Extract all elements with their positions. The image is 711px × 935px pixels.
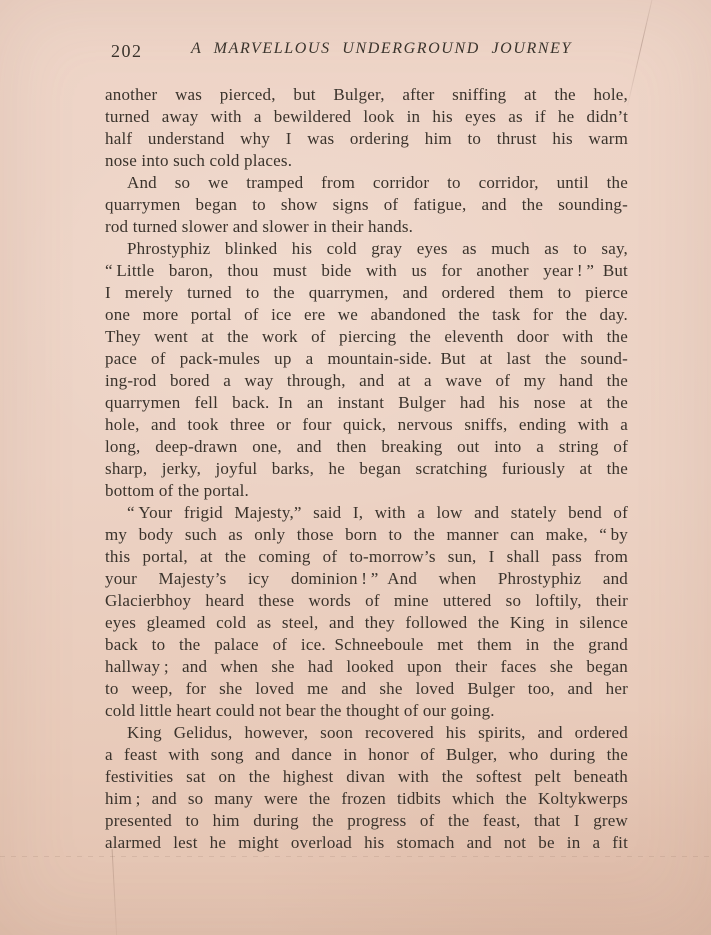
page-body: another was pierced, but Bulger, after s… <box>105 84 628 854</box>
text-line: King Gelidus, however, soon recovered hi… <box>105 722 628 744</box>
text-line: your Majesty’s icy dominion ! ” And when… <box>105 568 628 590</box>
text-line: They went at the work of piercing the el… <box>105 326 628 348</box>
text-line: cold little heart could not bear the tho… <box>105 700 628 722</box>
text-line: turned away with a bewildered look in hi… <box>105 106 628 128</box>
text-line: long, deep-drawn one, and then breaking … <box>105 436 628 458</box>
text-line: one more portal of ice ere we abandoned … <box>105 304 628 326</box>
text-line: nose into such cold places. <box>105 150 628 172</box>
text-line: “ Little baron, thou must bide with us f… <box>105 260 628 282</box>
paper-scratch-line <box>0 856 711 857</box>
text-line: pace of pack-mules up a mountain-side. B… <box>105 348 628 370</box>
text-line: ing-rod bored a way through, and at a wa… <box>105 370 628 392</box>
text-line: presented to him during the progress of … <box>105 810 628 832</box>
page-number: 202 <box>111 41 143 62</box>
text-line: And so we tramped from corridor to corri… <box>105 172 628 194</box>
text-line: a feast with song and dance in honor of … <box>105 744 628 766</box>
paragraph: another was pierced, but Bulger, after s… <box>105 84 628 172</box>
text-line: this portal, at the coming of to-morrow’… <box>105 546 628 568</box>
page-header: 202 A MARVELLOUS UNDERGROUND JOURNEY <box>105 40 628 64</box>
text-line: bottom of the portal. <box>105 480 628 502</box>
paper-crease-top-right <box>627 0 654 106</box>
book-page: 202 A MARVELLOUS UNDERGROUND JOURNEY ano… <box>0 0 711 935</box>
text-line: quarrymen began to show signs of fatigue… <box>105 194 628 216</box>
text-line: back to the palace of ice. Schneeboule m… <box>105 634 628 656</box>
paragraph: And so we tramped from corridor to corri… <box>105 172 628 238</box>
text-line: festivities sat on the highest divan wit… <box>105 766 628 788</box>
text-line: eyes gleamed cold as steel, and they fol… <box>105 612 628 634</box>
text-line: I merely turned to the quarrymen, and or… <box>105 282 628 304</box>
text-line: him ; and so many were the frozen tidbit… <box>105 788 628 810</box>
paragraph: “ Your frigid Majesty,” said I, with a l… <box>105 502 628 722</box>
text-line: half understand why I was ordering him t… <box>105 128 628 150</box>
text-line: my body such as only those born to the m… <box>105 524 628 546</box>
text-line: rod turned slower and slower in their ha… <box>105 216 628 238</box>
text-line: “ Your frigid Majesty,” said I, with a l… <box>105 502 628 524</box>
text-line: hole, and took three or four quick, nerv… <box>105 414 628 436</box>
text-line: alarmed lest he might overload his stoma… <box>105 832 628 854</box>
paragraph: Phrostyphiz blinked his cold gray eyes a… <box>105 238 628 502</box>
text-line: Glacierbhoy heard these words of mine ut… <box>105 590 628 612</box>
running-title: A MARVELLOUS UNDERGROUND JOURNEY <box>105 40 628 58</box>
text-line: another was pierced, but Bulger, after s… <box>105 84 628 106</box>
paragraph: King Gelidus, however, soon recovered hi… <box>105 722 628 854</box>
text-line: quarrymen fell back. In an instant Bulge… <box>105 392 628 414</box>
text-line: sharp, jerky, joyful barks, he began scr… <box>105 458 628 480</box>
paper-crease-bottom-left <box>112 849 118 935</box>
text-line: hallway ; and when she had looked upon t… <box>105 656 628 678</box>
text-line: Phrostyphiz blinked his cold gray eyes a… <box>105 238 628 260</box>
text-line: to weep, for she loved me and she loved … <box>105 678 628 700</box>
